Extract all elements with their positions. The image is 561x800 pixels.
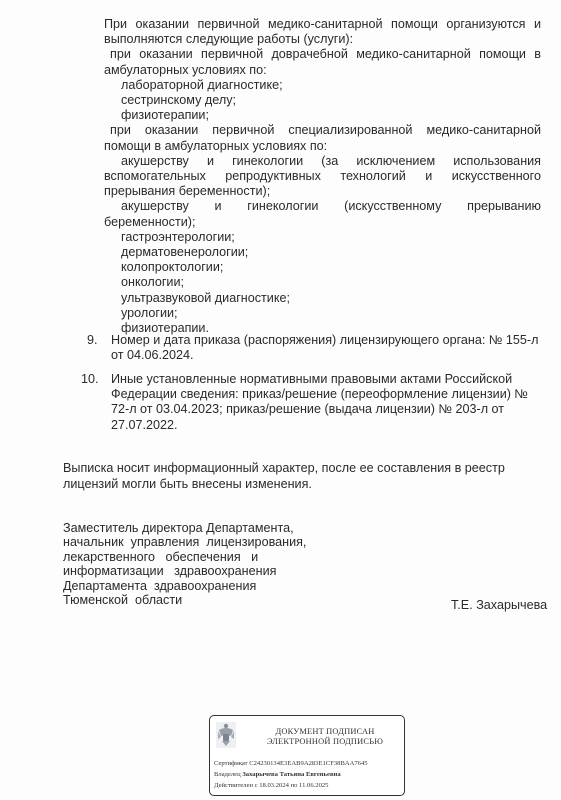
other-info-line: 72-л от 03.04.2023; приказ/решение (выда… [104, 402, 549, 417]
order-details-section: 9. Номер и дата приказа (распоряжения) л… [104, 333, 549, 363]
group-heading-prehospital: амбулаторных условиях по: [104, 63, 541, 78]
service-item: акушерству и гинекологии (искусственному… [104, 199, 541, 214]
other-info-section: 10. Иные установленные нормативными прав… [104, 372, 549, 433]
group-heading-prehospital: при оказании первичной доврачебной медик… [104, 47, 541, 62]
service-item: ультразвуковой диагностике; [104, 291, 541, 306]
service-item: онкологии; [104, 275, 541, 290]
service-item: вспомогательных репродуктивных технологи… [104, 169, 541, 184]
signatory-position: Заместитель директора Департамента, нача… [63, 521, 306, 607]
stamp-title: ДОКУМЕНТ ПОДПИСАН ЭЛЕКТРОННОЙ ПОДПИСЬЮ [250, 727, 400, 747]
section-number: 9. [87, 333, 98, 348]
disclaimer-line: Выписка носит информационный характер, п… [63, 461, 533, 477]
other-info-line: Иные установленные нормативными правовым… [104, 372, 549, 387]
section-number: 10. [81, 372, 99, 387]
service-item: урологии; [104, 306, 541, 321]
service-item: прерывания беременности); [104, 184, 541, 199]
owner-label: Владелец [214, 771, 241, 778]
service-item: дерматовенерологии; [104, 245, 541, 260]
group-heading-specialized: при оказании первичной специализированно… [104, 123, 541, 138]
signatory-position-line: Заместитель директора Департамента, [63, 521, 306, 535]
other-info-line: Федерации сведения: приказ/решение (пере… [104, 387, 549, 402]
service-item: сестринскому делу; [104, 93, 541, 108]
services-section: При оказании первичной медико-санитарной… [104, 17, 541, 336]
disclaimer-note: Выписка носит информационный характер, п… [63, 461, 533, 492]
service-item: гастроэнтерологии; [104, 230, 541, 245]
certificate-value: C24230134E3EAB9A283E1CF38BAA7645 [249, 760, 367, 767]
service-item: колопроктологии; [104, 260, 541, 275]
order-details-line: Номер и дата приказа (распоряжения) лице… [104, 333, 549, 348]
owner-row: Владелец Захарычева Татьяна Евгеньевна [214, 771, 341, 778]
coat-of-arms-icon [216, 722, 236, 748]
owner-value: Захарычева Татьяна Евгеньевна [242, 771, 340, 778]
other-info-line: 27.07.2022. [104, 418, 549, 433]
signatory-position-line: лекарственного обеспечения и [63, 550, 306, 564]
certificate-label: Сертификат [214, 760, 248, 767]
service-item: физиотерапии; [104, 108, 541, 123]
signatory-name: Т.Е. Захарычева [451, 598, 547, 612]
services-intro-line: При оказании первичной медико-санитарной… [104, 17, 541, 32]
certificate-row: Сертификат C24230134E3EAB9A283E1CF38BAA7… [214, 760, 368, 767]
disclaimer-line: лицензий могли быть внесены изменения. [63, 477, 533, 493]
signatory-position-line: Тюменской области [63, 593, 306, 607]
service-item: беременности); [104, 215, 541, 230]
order-details-line: от 04.06.2024. [104, 348, 549, 363]
services-intro-line: выполняются следующие работы (услуги): [104, 32, 541, 47]
validity-row: Действителен с 18.03.2024 по 11.06.2025 [214, 782, 328, 789]
group-heading-specialized: помощи в амбулаторных условиях по: [104, 139, 541, 154]
service-item: лабораторной диагностике; [104, 78, 541, 93]
e-signature-stamp: ДОКУМЕНТ ПОДПИСАН ЭЛЕКТРОННОЙ ПОДПИСЬЮ С… [209, 715, 405, 796]
signatory-position-line: начальник управления лицензирования, [63, 535, 306, 549]
service-item: акушерству и гинекологии (за исключением… [104, 154, 541, 169]
signatory-position-line: Департамента здравоохранения [63, 579, 306, 593]
signatory-position-line: информатизации здравоохранения [63, 564, 306, 578]
